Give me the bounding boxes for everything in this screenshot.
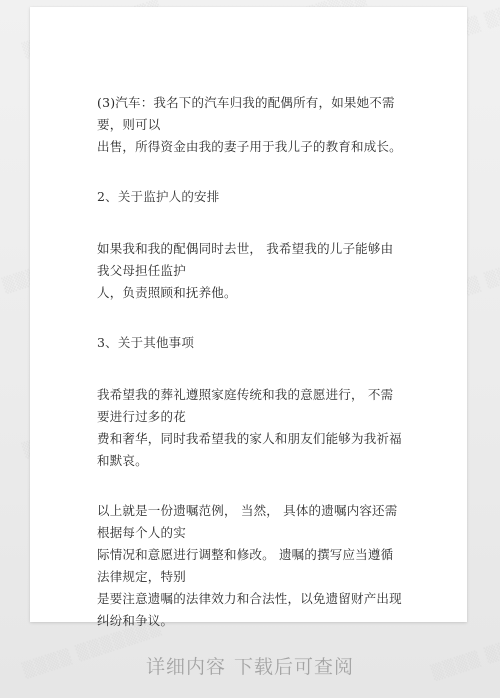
text-line: 如果我和我的配偶同时去世， 我希望我的儿子能够由我父母担任监护 xyxy=(97,241,393,278)
text-line: 人，负责照顾和抚养他。 xyxy=(97,285,237,300)
paragraph-guardian: 如果我和我的配偶同时去世， 我希望我的儿子能够由我父母担任监护 人，负责照顾和抚… xyxy=(97,238,402,304)
document-page: (3)汽车：我名下的汽车归我的配偶所有，如果她不需要，则可以 出售，所得资金由我… xyxy=(30,7,467,622)
text-line: 出售，所得资金由我的妻子用于我儿子的教育和成长。 xyxy=(97,139,402,154)
text-line: (3)汽车：我名下的汽车归我的配偶所有，如果她不需要，则可以 xyxy=(97,95,395,132)
paragraph-conclusion: 以上就是一份遗嘱范例， 当然， 具体的遗嘱内容还需根据每个人的实 际情况和意愿进… xyxy=(97,500,402,632)
footer-download-text: 下载后可查阅 xyxy=(234,656,354,678)
download-prompt[interactable]: 详细内容下载后可查阅 xyxy=(0,652,500,679)
text-line: 际情况和意愿进行调整和修改。 遗嘱的撰写应当遵循法律规定，特别 xyxy=(97,547,393,584)
paragraph-funeral: 我希望我的葬礼遵照家庭传统和我的意愿进行， 不需要进行过多的花 费和奢华，同时我… xyxy=(97,384,402,472)
paragraph-car: (3)汽车：我名下的汽车归我的配偶所有，如果她不需要，则可以 出售，所得资金由我… xyxy=(97,92,402,158)
document-content: (3)汽车：我名下的汽车归我的配偶所有，如果她不需要，则可以 出售，所得资金由我… xyxy=(97,92,402,632)
text-line: 我希望我的葬礼遵照家庭传统和我的意愿进行， 不需要进行过多的花 xyxy=(97,387,393,424)
heading-other-matters: 3、关于其他事项 xyxy=(97,332,402,354)
heading-guardian: 2、关于监护人的安排 xyxy=(97,186,402,208)
text-line: 以上就是一份遗嘱范例， 当然， 具体的遗嘱内容还需根据每个人的实 xyxy=(97,503,397,540)
footer-detail-text: 详细内容 xyxy=(146,656,226,678)
text-line: 是要注意遗嘱的法律效力和合法性，以免遗留财产出现纠纷和争议。 xyxy=(97,591,402,628)
text-line: 费和奢华，同时我希望我的家人和朋友们能够为我祈福和默哀。 xyxy=(97,431,402,468)
